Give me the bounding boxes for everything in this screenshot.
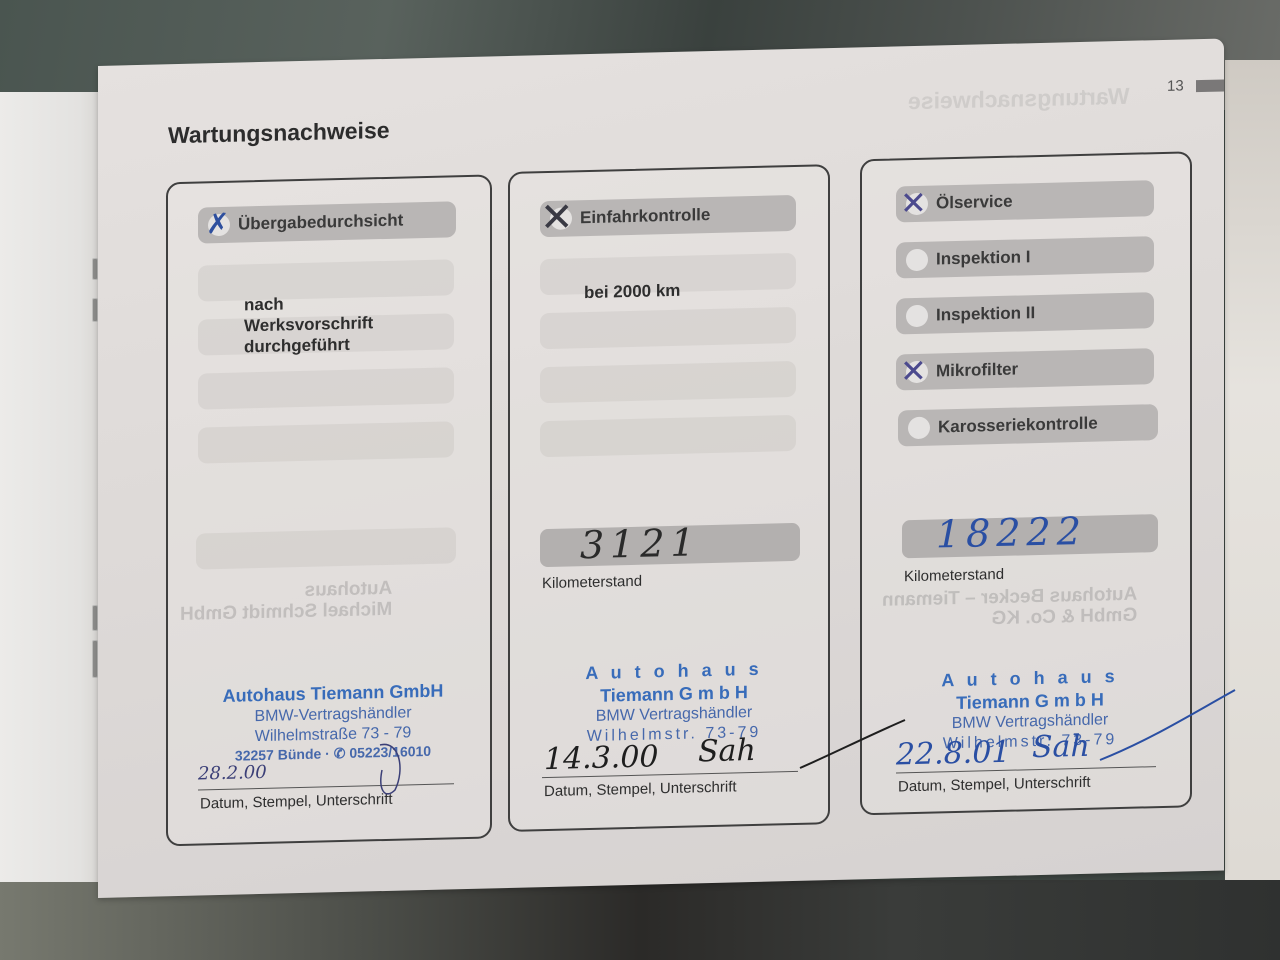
service-row-inspection-1[interactable]: Inspektion I [896,236,1154,278]
checkbox[interactable]: ✕ [906,193,928,216]
service-label: Inspektion II [936,303,1035,325]
handwritten-check-icon: ✕ [900,187,927,220]
service-label: Ölservice [936,192,1013,214]
description-line: Werksvorschrift [244,312,373,336]
checkbox[interactable]: ✗ [208,214,230,237]
odometer-label: Kilometerstand [542,573,642,592]
handwritten-date: 14.3.00 [544,742,659,775]
handwritten-check-icon: ✕ [540,197,574,238]
handwritten-check-icon: ✕ [900,355,927,388]
ghost-line: Michael Schmidt GmbH [180,600,392,626]
odometer-label: Kilometerstand [904,566,1004,585]
signature-label: Datum, Stempel, Unterschrift [200,791,393,813]
odometer-value: 3121 [580,523,701,564]
ghost-row [540,361,796,403]
description-line: durchgeführt [244,333,373,357]
page-tab-marker [1196,79,1224,92]
ghost-row [198,367,454,409]
service-description: nach Werksvorschrift durchgeführt [244,291,373,357]
handwritten-signature: Sah [1032,732,1090,763]
page-number: 13 [1167,77,1184,94]
checkbox[interactable] [906,249,928,272]
bleed-through-stamp: Autohaus Michael Schmidt GmbH [180,579,392,626]
service-booklet-page: Wartungsnachweise Wartungsnachweise 13 ✗… [98,38,1224,898]
service-row-handover[interactable]: ✗ Übergabedurchsicht [198,201,456,243]
service-row-microfilter[interactable]: ✕ Mikrofilter [896,348,1154,390]
service-label: Einfahrkontrolle [580,205,710,228]
service-row-body-check[interactable]: Karosseriekontrolle [898,404,1158,446]
service-row-oil-service[interactable]: ✕ Ölservice [896,180,1154,222]
handwritten-signature: Sah [698,736,756,767]
ghost-row [540,415,796,457]
signature-label: Datum, Stempel, Unterschrift [898,774,1091,796]
handwritten-date: 28.2.00 [198,764,267,784]
service-row-inspection-2[interactable]: Inspektion II [896,292,1154,334]
service-card-break-in: ✕ Einfahrkontrolle bei 2000 km 3121 Kilo… [508,164,830,832]
ghost-odometer-box [196,527,456,569]
checkbox[interactable]: ✕ [906,361,928,384]
odometer-value: 18222 [936,512,1087,554]
service-description: bei 2000 km [584,280,680,303]
checkbox[interactable] [908,417,930,440]
ghost-row [540,307,796,349]
checkbox[interactable]: ✕ [550,207,572,230]
service-label: Karosseriekontrolle [938,414,1098,438]
left-page [0,92,100,882]
service-card-inspection: ✕ Ölservice Inspektion I Inspektion II ✕… [860,151,1192,815]
signature-label: Datum, Stempel, Unterschrift [544,778,737,800]
dealer-stamp: Autohaus Tiemann GmbH BMW-Vertragshändle… [188,679,478,766]
service-card-handover: ✗ Übergabedurchsicht nach Werksvorschrif… [166,174,492,846]
signature-line [198,783,454,790]
handwritten-date: 22.8.01 [896,738,1011,771]
handwritten-check-icon: ✗ [206,210,229,239]
service-label: Übergabedurchsicht [238,211,403,235]
service-label: Mikrofilter [936,360,1018,382]
ghost-row [198,421,454,463]
service-label: Inspektion I [936,247,1030,269]
bleed-through-stamp: Autohaus Becker – Tiemann GmbH & Co. KG [882,585,1137,633]
bleed-through-title: Wartungsnachweise [908,83,1130,115]
background-right [1225,60,1280,880]
page-title: Wartungsnachweise [168,117,390,149]
service-row-break-in[interactable]: ✕ Einfahrkontrolle [540,195,796,237]
checkbox[interactable] [906,305,928,328]
